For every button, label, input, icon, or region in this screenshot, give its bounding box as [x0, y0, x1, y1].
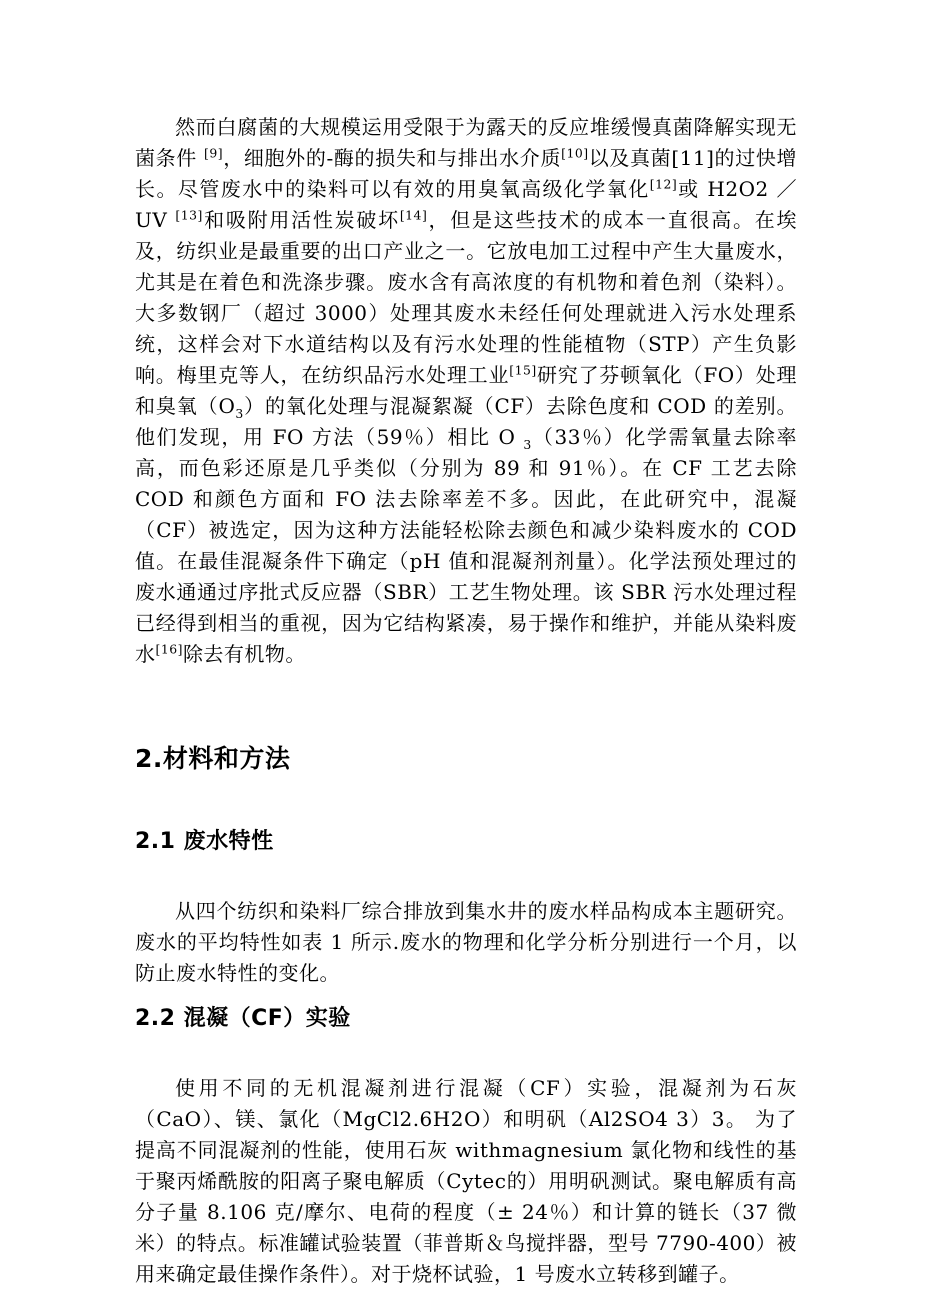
heading-materials-and-methods: 2.材料和方法 [135, 744, 797, 774]
heading-wastewater-characteristics: 2.1 废水特性 [135, 828, 797, 856]
citation-superscript: [14] [400, 207, 427, 222]
chemical-subscript: 3 [523, 437, 531, 452]
text-run: （33％）化学需氧量去除率高，而色彩还原是几乎类似（分别为 89 和 91％）。… [135, 425, 797, 666]
text-run: ，但是这些技术的成本一直很高。在埃及，纺织业是最重要的出口产业之一。它放电加工过… [135, 208, 797, 387]
text-run: ，细胞外的-酶的损失和与排出水介质 [223, 146, 561, 170]
citation-superscript: [12] [650, 176, 677, 191]
citation-superscript: [16] [156, 641, 183, 656]
paragraph-wastewater-characteristics: 从四个纺织和染料厂综合排放到集水井的废水样品构成本主题研究。废水的平均特性如表 … [135, 896, 797, 989]
text-run: 除去有机物。 [183, 642, 306, 666]
citation-superscript: [13] [175, 207, 202, 222]
heading-coagulation-experiment: 2.2 混凝（CF）实验 [135, 1005, 797, 1033]
text-run: 和吸附用活性炭破坏 [203, 208, 400, 232]
chemical-subscript: 3 [235, 406, 243, 421]
document-page: 然而白腐菌的大规模运用受限于为露天的反应堆缓慢真菌降解实现无菌条件 [9]，细胞… [0, 0, 926, 1309]
text-run: 从四个纺织和染料厂综合排放到集水井的废水样品构成本主题研究。废水的平均特性如表 … [135, 899, 797, 985]
citation-superscript: [9] [204, 145, 223, 160]
citation-superscript: [10] [561, 145, 588, 160]
paragraph-intro: 然而白腐菌的大规模运用受限于为露天的反应堆缓慢真菌降解实现无菌条件 [9]，细胞… [135, 112, 797, 670]
paragraph-coagulation-experiment: 使用不同的无机混凝剂进行混凝（CF）实验，混凝剂为石灰（CaO）、镁、氯化（Mg… [135, 1073, 797, 1290]
citation-superscript: [15] [509, 362, 536, 377]
text-run: 使用不同的无机混凝剂进行混凝（CF）实验，混凝剂为石灰（CaO）、镁、氯化（Mg… [135, 1076, 797, 1286]
